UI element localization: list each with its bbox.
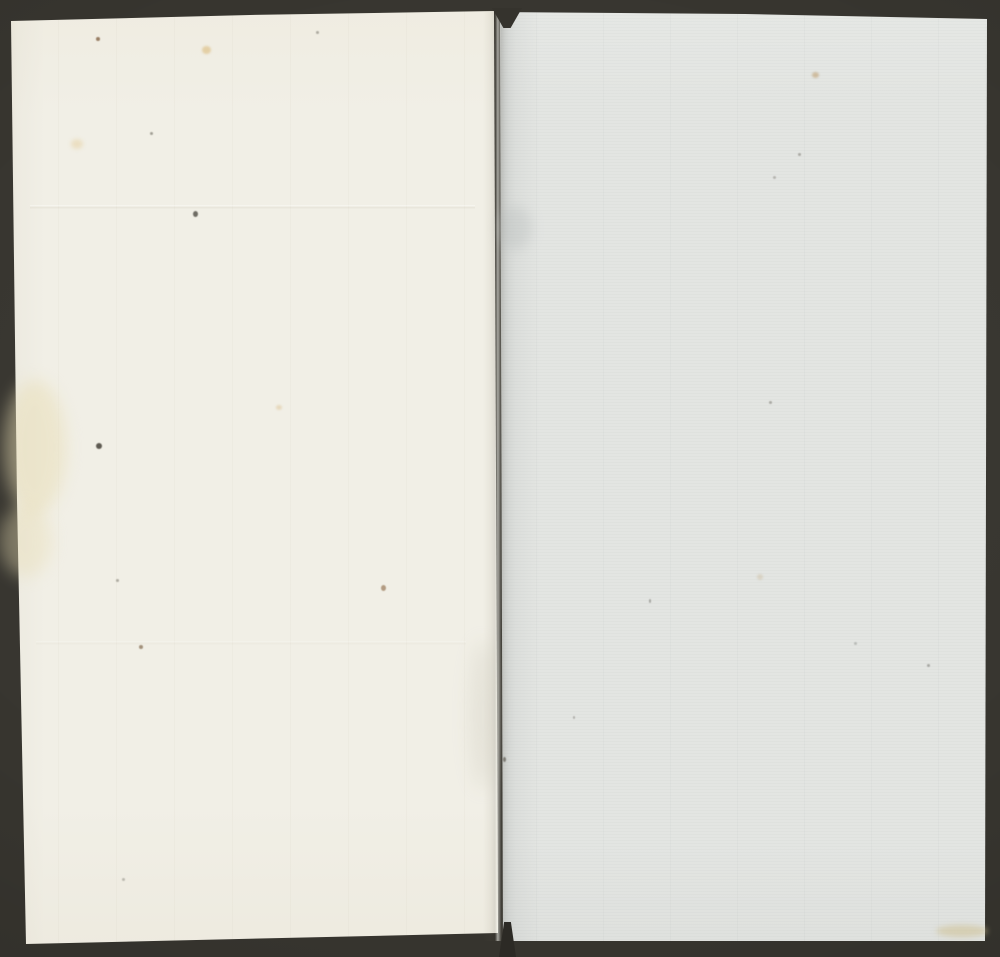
left-page-crease-lower [36, 641, 466, 645]
book-scan-surface [0, 0, 1000, 957]
center-fold [483, 10, 509, 941]
left-page-crease-upper [30, 205, 475, 209]
